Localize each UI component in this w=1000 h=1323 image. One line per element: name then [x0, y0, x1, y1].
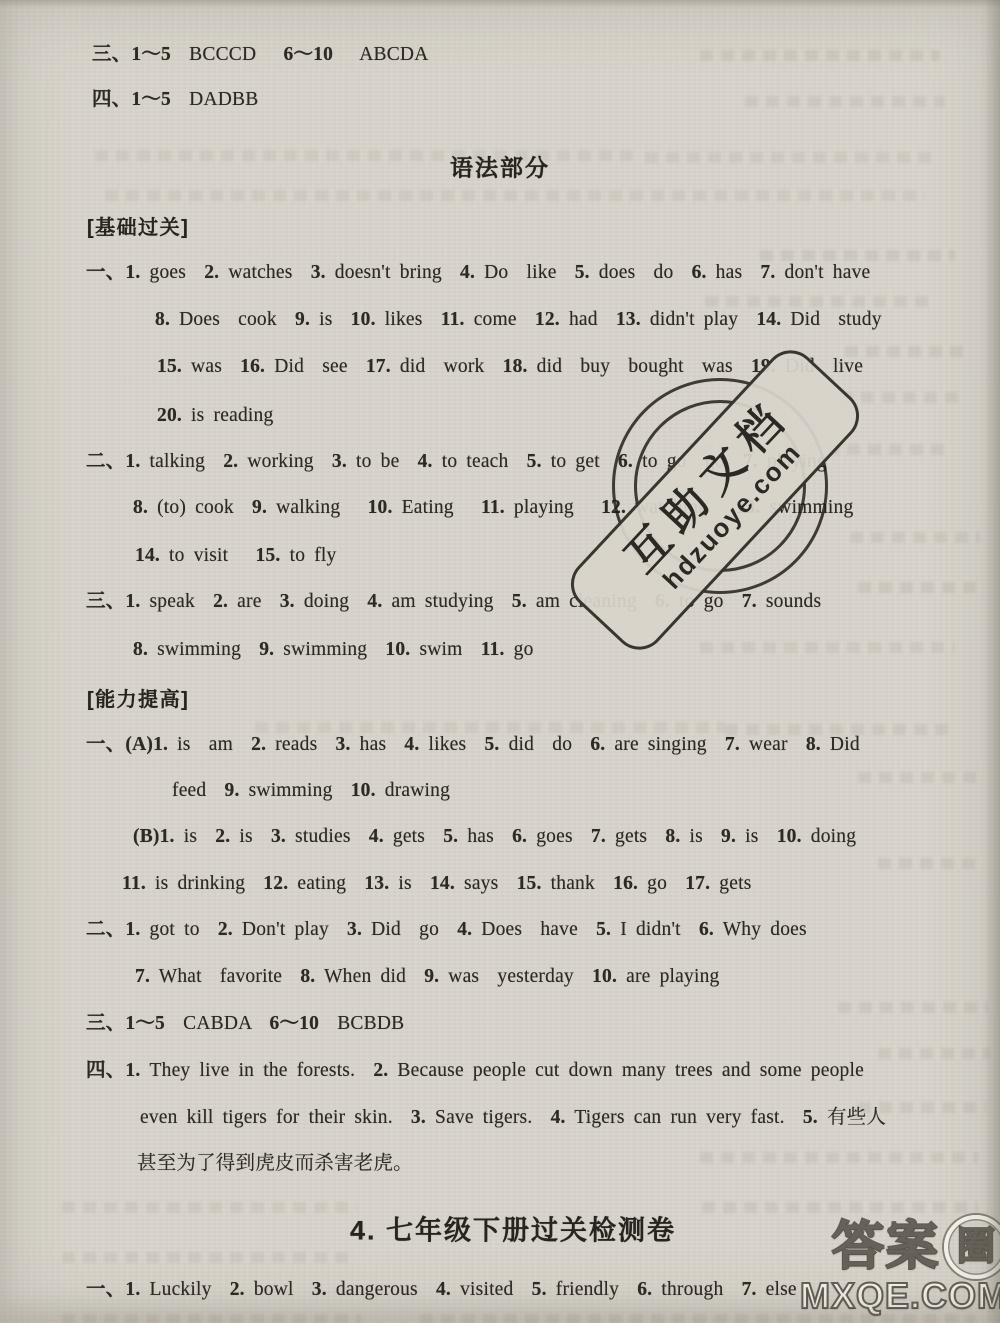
bleedthrough-text-trace — [850, 532, 980, 543]
bleedthrough-text-trace — [62, 1314, 362, 1323]
bleedthrough-text-trace — [858, 582, 980, 593]
answer-line: 8. (to) cook 9. walking 10. Eating 11. p… — [133, 495, 853, 521]
next-test-heading: 4. 七年级下册过关检测卷 — [0, 1209, 1000, 1248]
bleedthrough-text-trace — [878, 858, 983, 869]
answer-line: 8. Does cook 9. is 10. likes 11. come 12… — [155, 307, 882, 333]
answer-line: 11. is drinking 12. eating 13. is 14. sa… — [122, 871, 752, 897]
bleedthrough-text-trace — [420, 1314, 975, 1323]
stamp-chinese-text: 互助文档 — [611, 392, 799, 589]
bleedthrough-text-trace — [745, 96, 945, 107]
answer-line: 一、(A)1. is am 2. reads 3. has 4. likes 5… — [86, 732, 860, 758]
scanned-answer-page: 三、1～5 BCCCD 6～10 ABCDA四、1～5 DADBB[基础过关]一… — [0, 0, 1000, 1323]
answer-line: 15. was 16. Did see 17. did work 18. did… — [157, 354, 863, 380]
section-label: [能力提高] — [87, 687, 189, 713]
answer-line: 一、1. goes 2. watches 3. doesn't bring 4.… — [86, 260, 870, 286]
section-label: [基础过关] — [87, 215, 189, 241]
bleedthrough-text-trace — [705, 296, 930, 307]
page-right-edge-shadow — [984, 0, 1000, 1323]
answer-line: 7. What favorite 8. When did 9. was yest… — [135, 964, 719, 990]
answer-line: 甚至为了得到虎皮而杀害老虎。 — [137, 1151, 413, 1177]
page-top-edge-shadow — [0, 0, 1000, 8]
answer-line: 8. swimming 9. swimming 10. swim 11. go — [133, 637, 534, 663]
bleedthrough-text-trace — [700, 642, 955, 653]
answer-line: 一、1. Luckily 2. bowl 3. dangerous 4. vis… — [86, 1277, 797, 1303]
watermark-url: MXQE.COM — [800, 1277, 1000, 1315]
answer-line: 二、1. talking 2. working 3. to be 4. to t… — [86, 449, 827, 475]
answer-line: 四、1～5 DADBB — [92, 87, 258, 113]
answer-line: 14. to visit 15. to fly — [135, 543, 337, 569]
answer-line: even kill tigers for their skin. 3. Save… — [140, 1105, 886, 1131]
answer-line: 三、1～5 BCCCD 6～10 ABCDA — [92, 42, 428, 68]
bleedthrough-text-trace — [858, 772, 980, 783]
bleedthrough-text-trace — [700, 1152, 978, 1163]
answer-line: feed 9. swimming 10. drawing — [172, 778, 450, 804]
stamp-outer-circle — [612, 378, 828, 594]
answer-line: 20. is reading — [157, 403, 273, 429]
bleedthrough-text-trace — [840, 392, 965, 403]
stamp-inner-circle — [634, 400, 806, 572]
answer-line: 三、1. speak 2. are 3. doing 4. am studyin… — [86, 589, 821, 615]
bleedthrough-text-trace — [62, 1252, 350, 1263]
answer-line: (B)1. is 2. is 3. studies 4. gets 5. has… — [133, 824, 856, 850]
answer-line: 四、1. They live in the forests. 2. Becaus… — [86, 1058, 864, 1084]
bleedthrough-text-trace — [105, 190, 925, 201]
bleedthrough-text-trace — [700, 50, 940, 61]
grammar-section-heading: 语法部分 — [0, 150, 1000, 183]
answer-line: 二、1. got to 2. Don't play 3. Did go 4. D… — [86, 917, 807, 943]
bleedthrough-text-trace — [878, 1048, 990, 1059]
answer-line: 三、1～5 CABDA 6～10 BCBDB — [86, 1011, 404, 1037]
bleedthrough-text-trace — [838, 1002, 988, 1013]
